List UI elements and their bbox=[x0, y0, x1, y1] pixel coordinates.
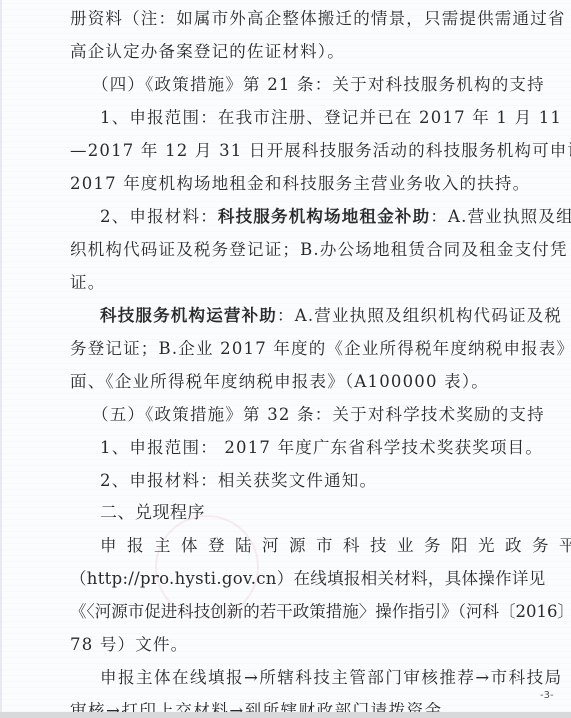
text-line-10: 科技服务机构运营补助：A.营业执照及组织机构代码证及税 bbox=[100, 306, 540, 326]
document-page: 册资料（注：如属市外高企整体搬迁的情景，只需提供需通过省 高企认定办备案登记的佐… bbox=[0, 0, 571, 712]
text-line-20: 78 号）文件。 bbox=[70, 635, 510, 655]
text-suffix: ：A.营业执照及组织机构代码证及税 bbox=[277, 306, 562, 325]
text-line-15: 2、申报材料：相关获奖文件通知。 bbox=[100, 471, 540, 491]
subsection-5-heading: （五）《政策措施》第 32 条：关于对科学技术奖励的支持 bbox=[92, 405, 532, 425]
text-prefix: 2、申报材料： bbox=[100, 207, 218, 226]
text-line-2: 高企认定办备案登记的佐证材料）。 bbox=[70, 42, 510, 62]
subsection-4-heading: （四）《政策措施》第 21 条：关于对科技服务机构的支持 bbox=[92, 75, 532, 95]
text-line-5: —2017 年 12 月 31 日开展科技服务活动的科技服务机构可申请 bbox=[70, 141, 510, 161]
text-line-19: 《〈河源市促进科技创新的若干政策措施〉操作指引》（河科〔2016〕 bbox=[70, 602, 510, 622]
text-line-1: 册资料（注：如属市外高企整体搬迁的情景，只需提供需通过省 bbox=[70, 9, 510, 29]
text-line-8: 织机构代码证及税务登记证；B.办公场地租赁合同及租金支付凭 bbox=[70, 240, 510, 260]
text-line-9: 证。 bbox=[70, 273, 510, 293]
bold-label-rent-subsidy: 科技服务机构场地租金补助 bbox=[218, 207, 430, 226]
text-line-url: （http://pro.hysti.gov.cn）在线填报相关材料，具体操作详见 bbox=[70, 569, 510, 589]
text-line-6: 2017 年度机构场地租金和科技服务主营业务收入的扶持。 bbox=[70, 174, 510, 194]
text-suffix: ：A.营业执照及组 bbox=[430, 207, 571, 226]
text-line-11: 务登记证；B.企业 2017 年度的《企业所得税年度纳税申报表》封 bbox=[70, 339, 510, 359]
text-line-4: 1、申报范围：在我市注册、登记并已在 2017 年 1 月 11 日 bbox=[100, 108, 540, 128]
section-2-heading: 二、兑现程序 bbox=[100, 503, 540, 523]
text-line-12: 面、《企业所得税年度纳税申报表》（A100000 表）。 bbox=[70, 372, 510, 392]
page-bottom-border bbox=[0, 712, 571, 718]
bold-label-operation-subsidy: 科技服务机构运营补助 bbox=[100, 306, 277, 325]
procedure-line-1: 申报主体在线填报→所辖科技主管部门审核推荐→市科技局 bbox=[100, 668, 540, 688]
page-edge bbox=[0, 0, 2, 712]
text-line-7: 2、申报材料：科技服务机构场地租金补助：A.营业执照及组 bbox=[100, 207, 540, 227]
text-line-14: 1、申报范围： 2017 年度广东省科学技术奖获奖项目。 bbox=[100, 438, 540, 458]
page-number: -3- bbox=[540, 690, 554, 701]
text-line-17: 申报主体登陆河源市科技业务阳光政务平台 bbox=[100, 536, 540, 556]
